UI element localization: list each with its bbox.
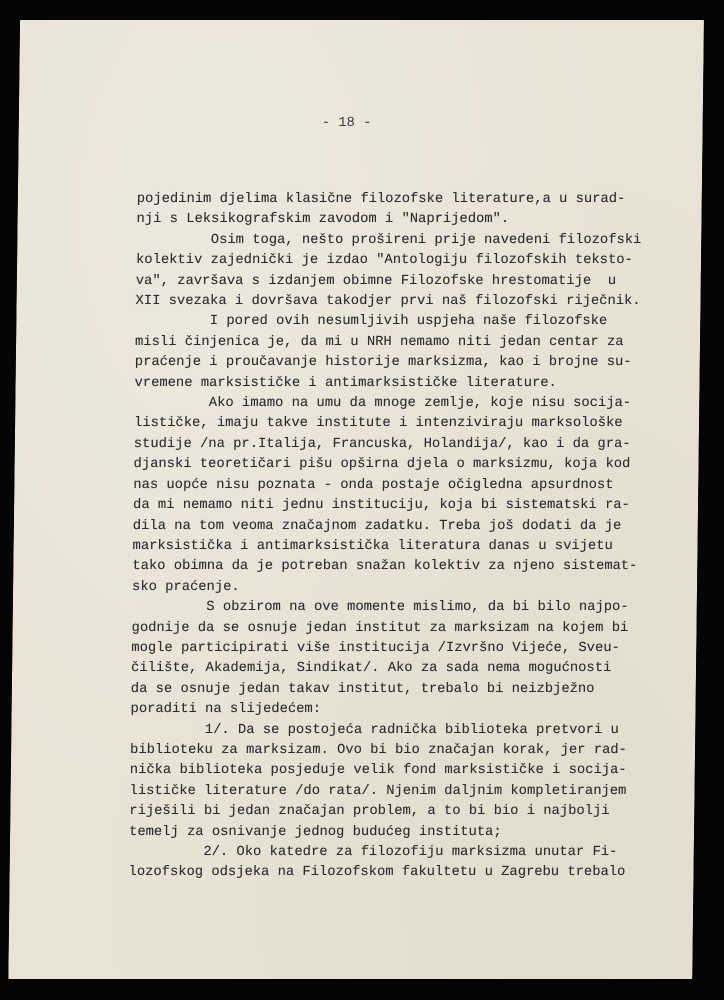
text-line: djanski teoretičari pišu opširna djela o… (133, 455, 638, 475)
text-line: praćenje i proučavanje historije marksiz… (135, 353, 640, 373)
text-line: studije /na pr.Italija, Francuska, Holan… (134, 435, 639, 455)
text-line: nas uopće nisu poznata - onda postaje oč… (133, 476, 638, 496)
text-line: lističke literature /do rata/. Njenim da… (129, 782, 634, 802)
text-line: da mi nemamo niti jednu instituciju, koj… (133, 496, 638, 516)
text-line: S obzirom na ove momente mislimo, da bi … (132, 598, 637, 618)
text-line: 2/. Oko katedre za filozofiju marksizma … (129, 843, 634, 863)
text-line: dila na tom veoma značajnom zadatku. Tre… (133, 517, 638, 537)
text-line: vremene marksističke i antimarksističke … (134, 374, 639, 394)
text-line: da se osnuje jedan takav institut, treba… (131, 680, 636, 700)
text-line: marksistička i antimarksistička literatu… (132, 537, 637, 557)
text-line: riješili bi jedan značajan problem, a to… (129, 802, 634, 822)
text-line: Ako imamo na umu da mnoge zemlje, koje n… (134, 394, 639, 414)
text-line: nji s Leksikografskim zavodom i "Naprije… (136, 210, 641, 230)
text-line: 1/. Da se postojeća radnička biblioteka … (130, 721, 635, 741)
text-line: lozofskog odsjeka na Filozofskom fakulte… (128, 863, 633, 883)
page-number: - 18 - (322, 116, 372, 131)
text-line: lističke, imaju takve institute i intenz… (134, 414, 639, 434)
text-line: XII svezaka i dovršava takodjer prvi naš… (135, 292, 640, 312)
text-line: misli činjenica je, da mi u NRH nemamo n… (135, 333, 640, 353)
text-line: Osim toga, nešto prošireni prije naveden… (136, 231, 641, 251)
text-line: I pored ovih nesumljivih uspjeha naše fi… (135, 312, 640, 332)
text-line: pojedinim djelima klasične filozofske li… (137, 190, 642, 210)
text-line: čilište, Akademija, Sindikat/. Ako za sa… (131, 659, 636, 679)
text-line: tako obimna da je potreban snažan kolekt… (132, 557, 637, 577)
text-line: va", završava s izdanjem obimne Filozofs… (136, 272, 641, 292)
text-line: kolektiv zajednički je izdao "Antologiju… (136, 251, 641, 271)
text-line: sko praćenje. (132, 578, 637, 598)
typewritten-body-text: pojedinim djelima klasične filozofske li… (128, 190, 642, 884)
text-line: poraditi na slijedećem: (130, 700, 635, 720)
text-line: temelj za osnivanje jednog budućeg insti… (129, 823, 634, 843)
text-line: nička biblioteka posjeduje velik fond ma… (130, 761, 635, 781)
text-line: mogle participirati više institucija /Iz… (131, 639, 636, 659)
text-line: biblioteku za marksizam. Ovo bi bio znač… (130, 741, 635, 761)
text-line: godnije da se osnuje jedan institut za m… (131, 619, 636, 639)
document-page: - 18 - pojedinim djelima klasične filozo… (8, 20, 704, 979)
